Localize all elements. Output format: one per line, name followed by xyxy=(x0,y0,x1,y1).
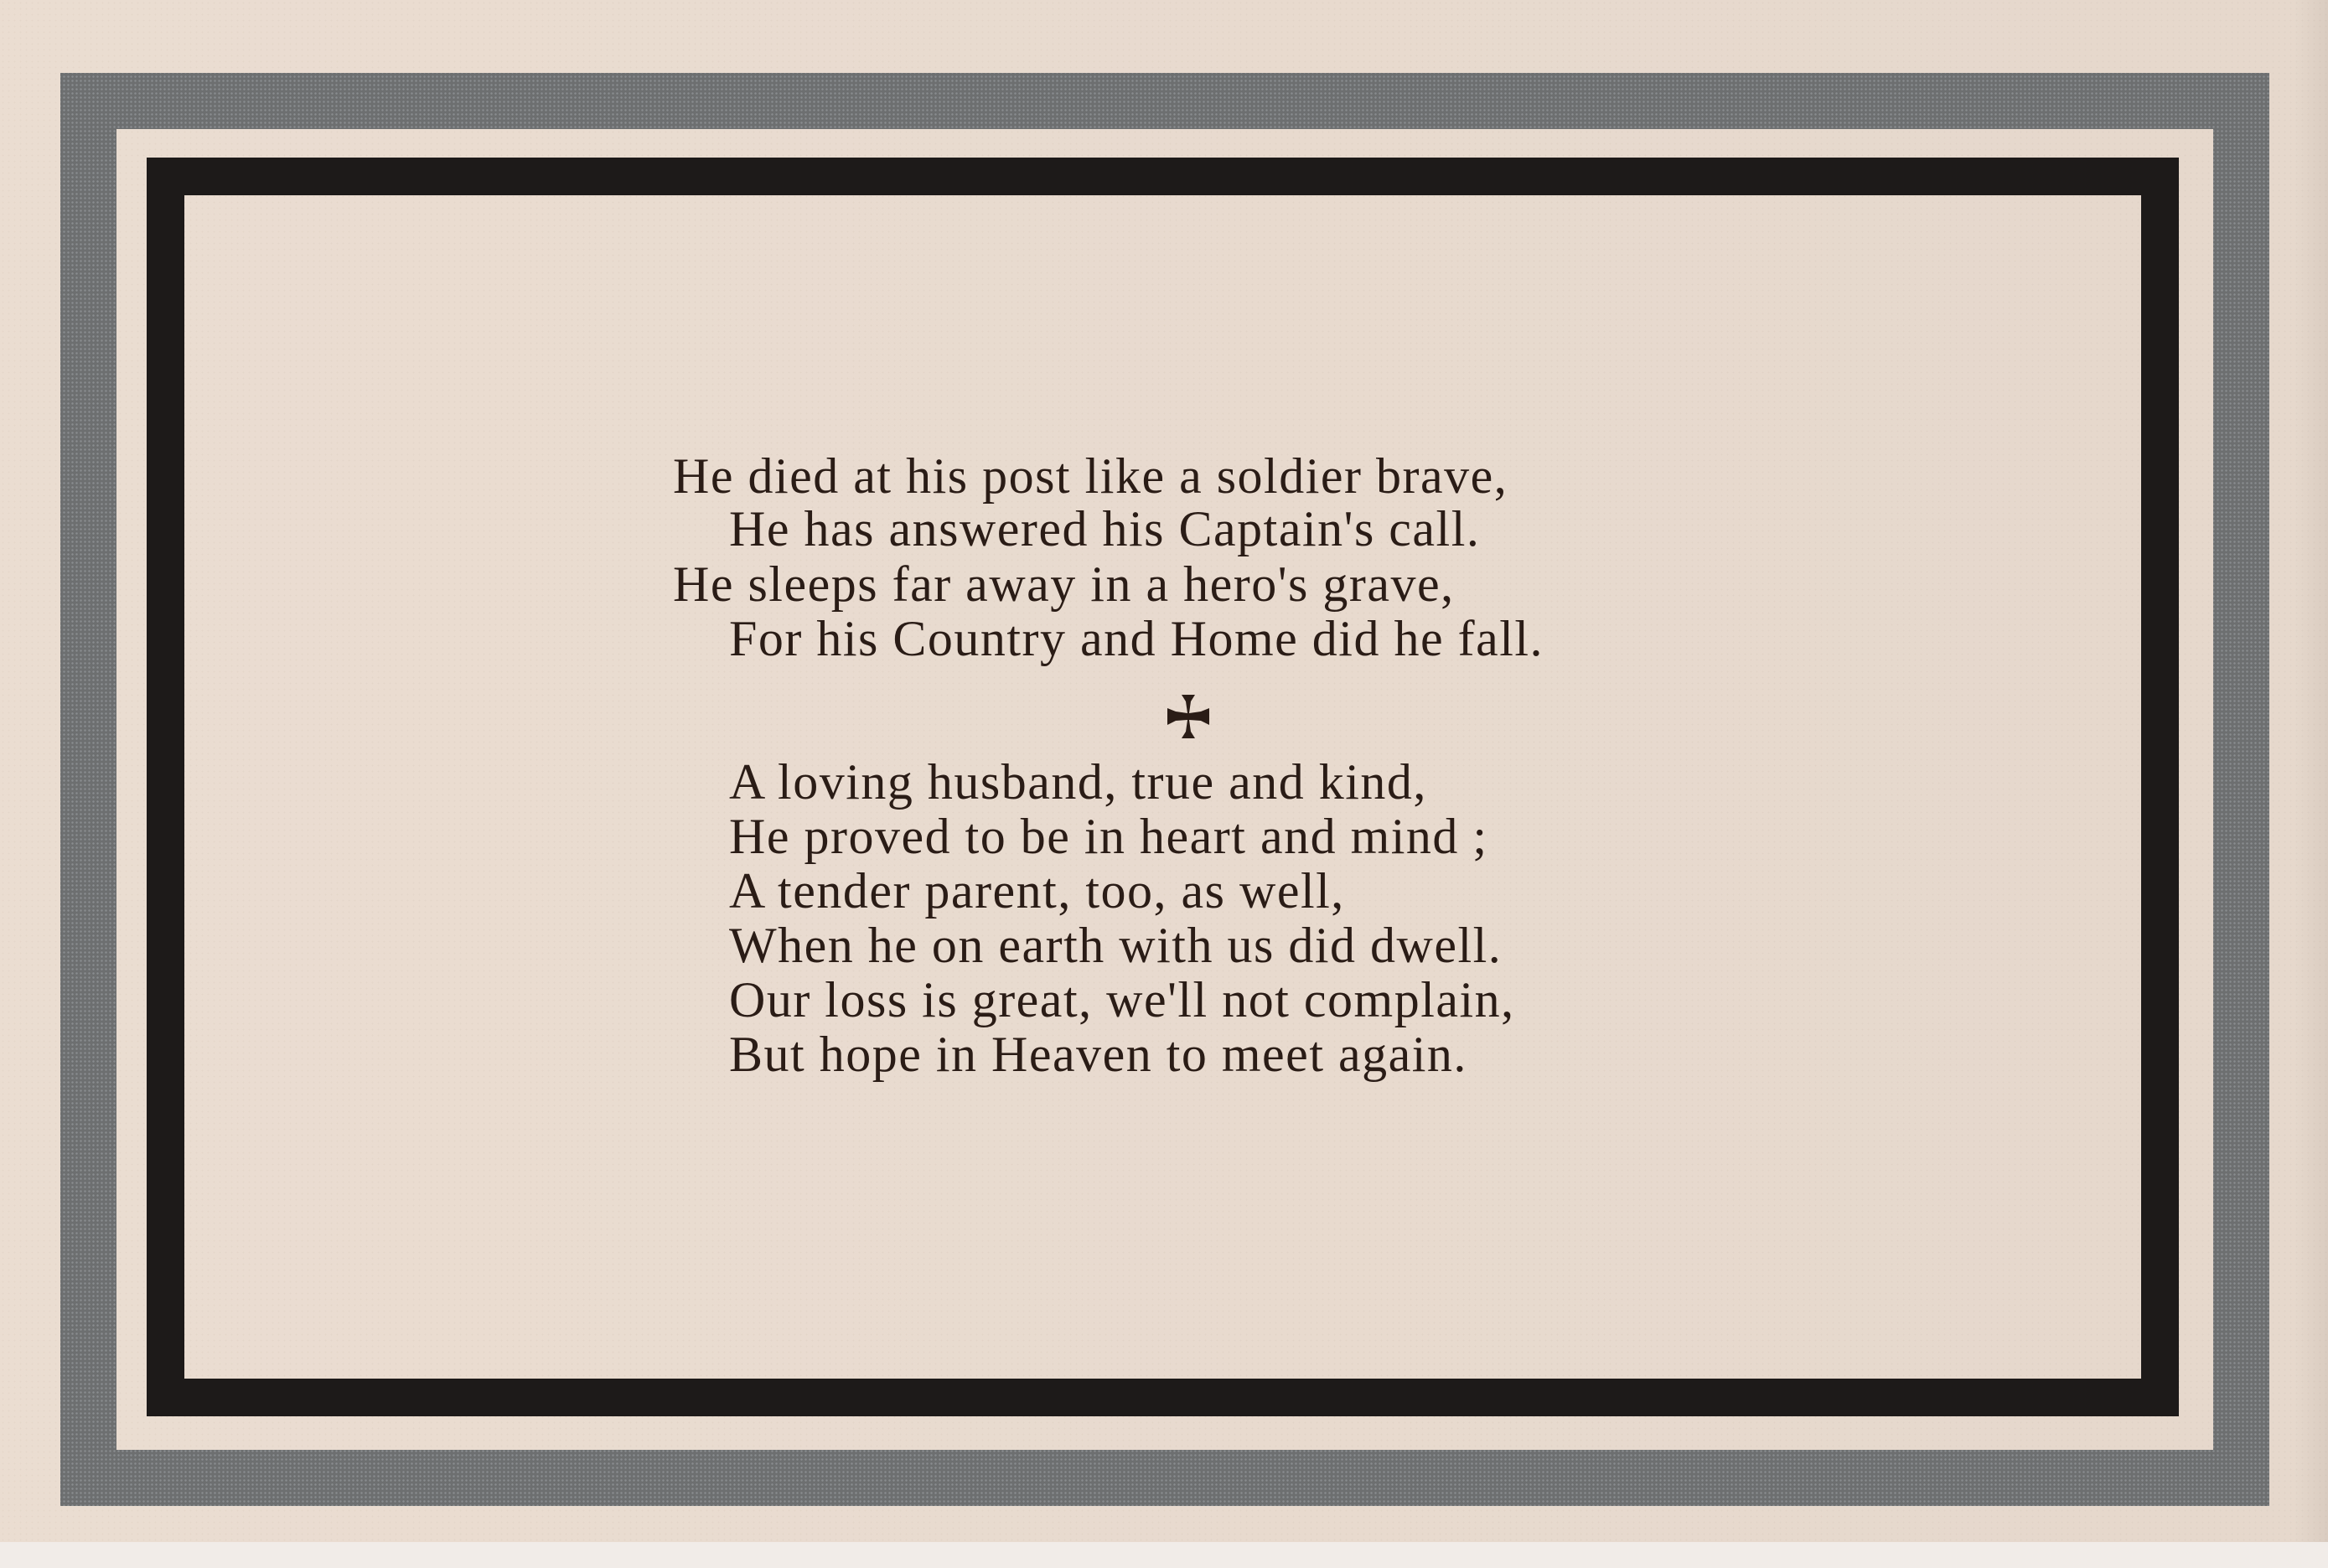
stanza-1-line-4: For his Country and Home did he fall. xyxy=(729,613,1544,664)
stanza-2-line-4: When he on earth with us did dwell. xyxy=(729,920,1502,970)
stanza-2-line-6: But hope in Heaven to meet again. xyxy=(729,1029,1467,1079)
stanza-2-line-3: A tender parent, too, as well, xyxy=(729,866,1345,916)
stanza-2-line-1: A loving husband, true and kind, xyxy=(729,757,1427,807)
stanza-1-line-3: He sleeps far away in a hero's grave, xyxy=(673,559,1455,609)
memorial-card: He died at his post like a soldier brave… xyxy=(0,0,2328,1542)
stanza-1-line-1: He died at his post like a soldier brave… xyxy=(673,451,1672,501)
stanza-2-line-2: He proved to be in heart and mind ; xyxy=(729,811,1488,862)
cross-pattee-icon xyxy=(1163,691,1213,742)
stanza-2-line-5: Our loss is great, we'll not complain, xyxy=(729,975,1515,1025)
poem: He died at his post like a soldier brave… xyxy=(0,0,2328,1542)
stanza-1-line-2: He has answered his Captain's call. xyxy=(729,504,1480,554)
